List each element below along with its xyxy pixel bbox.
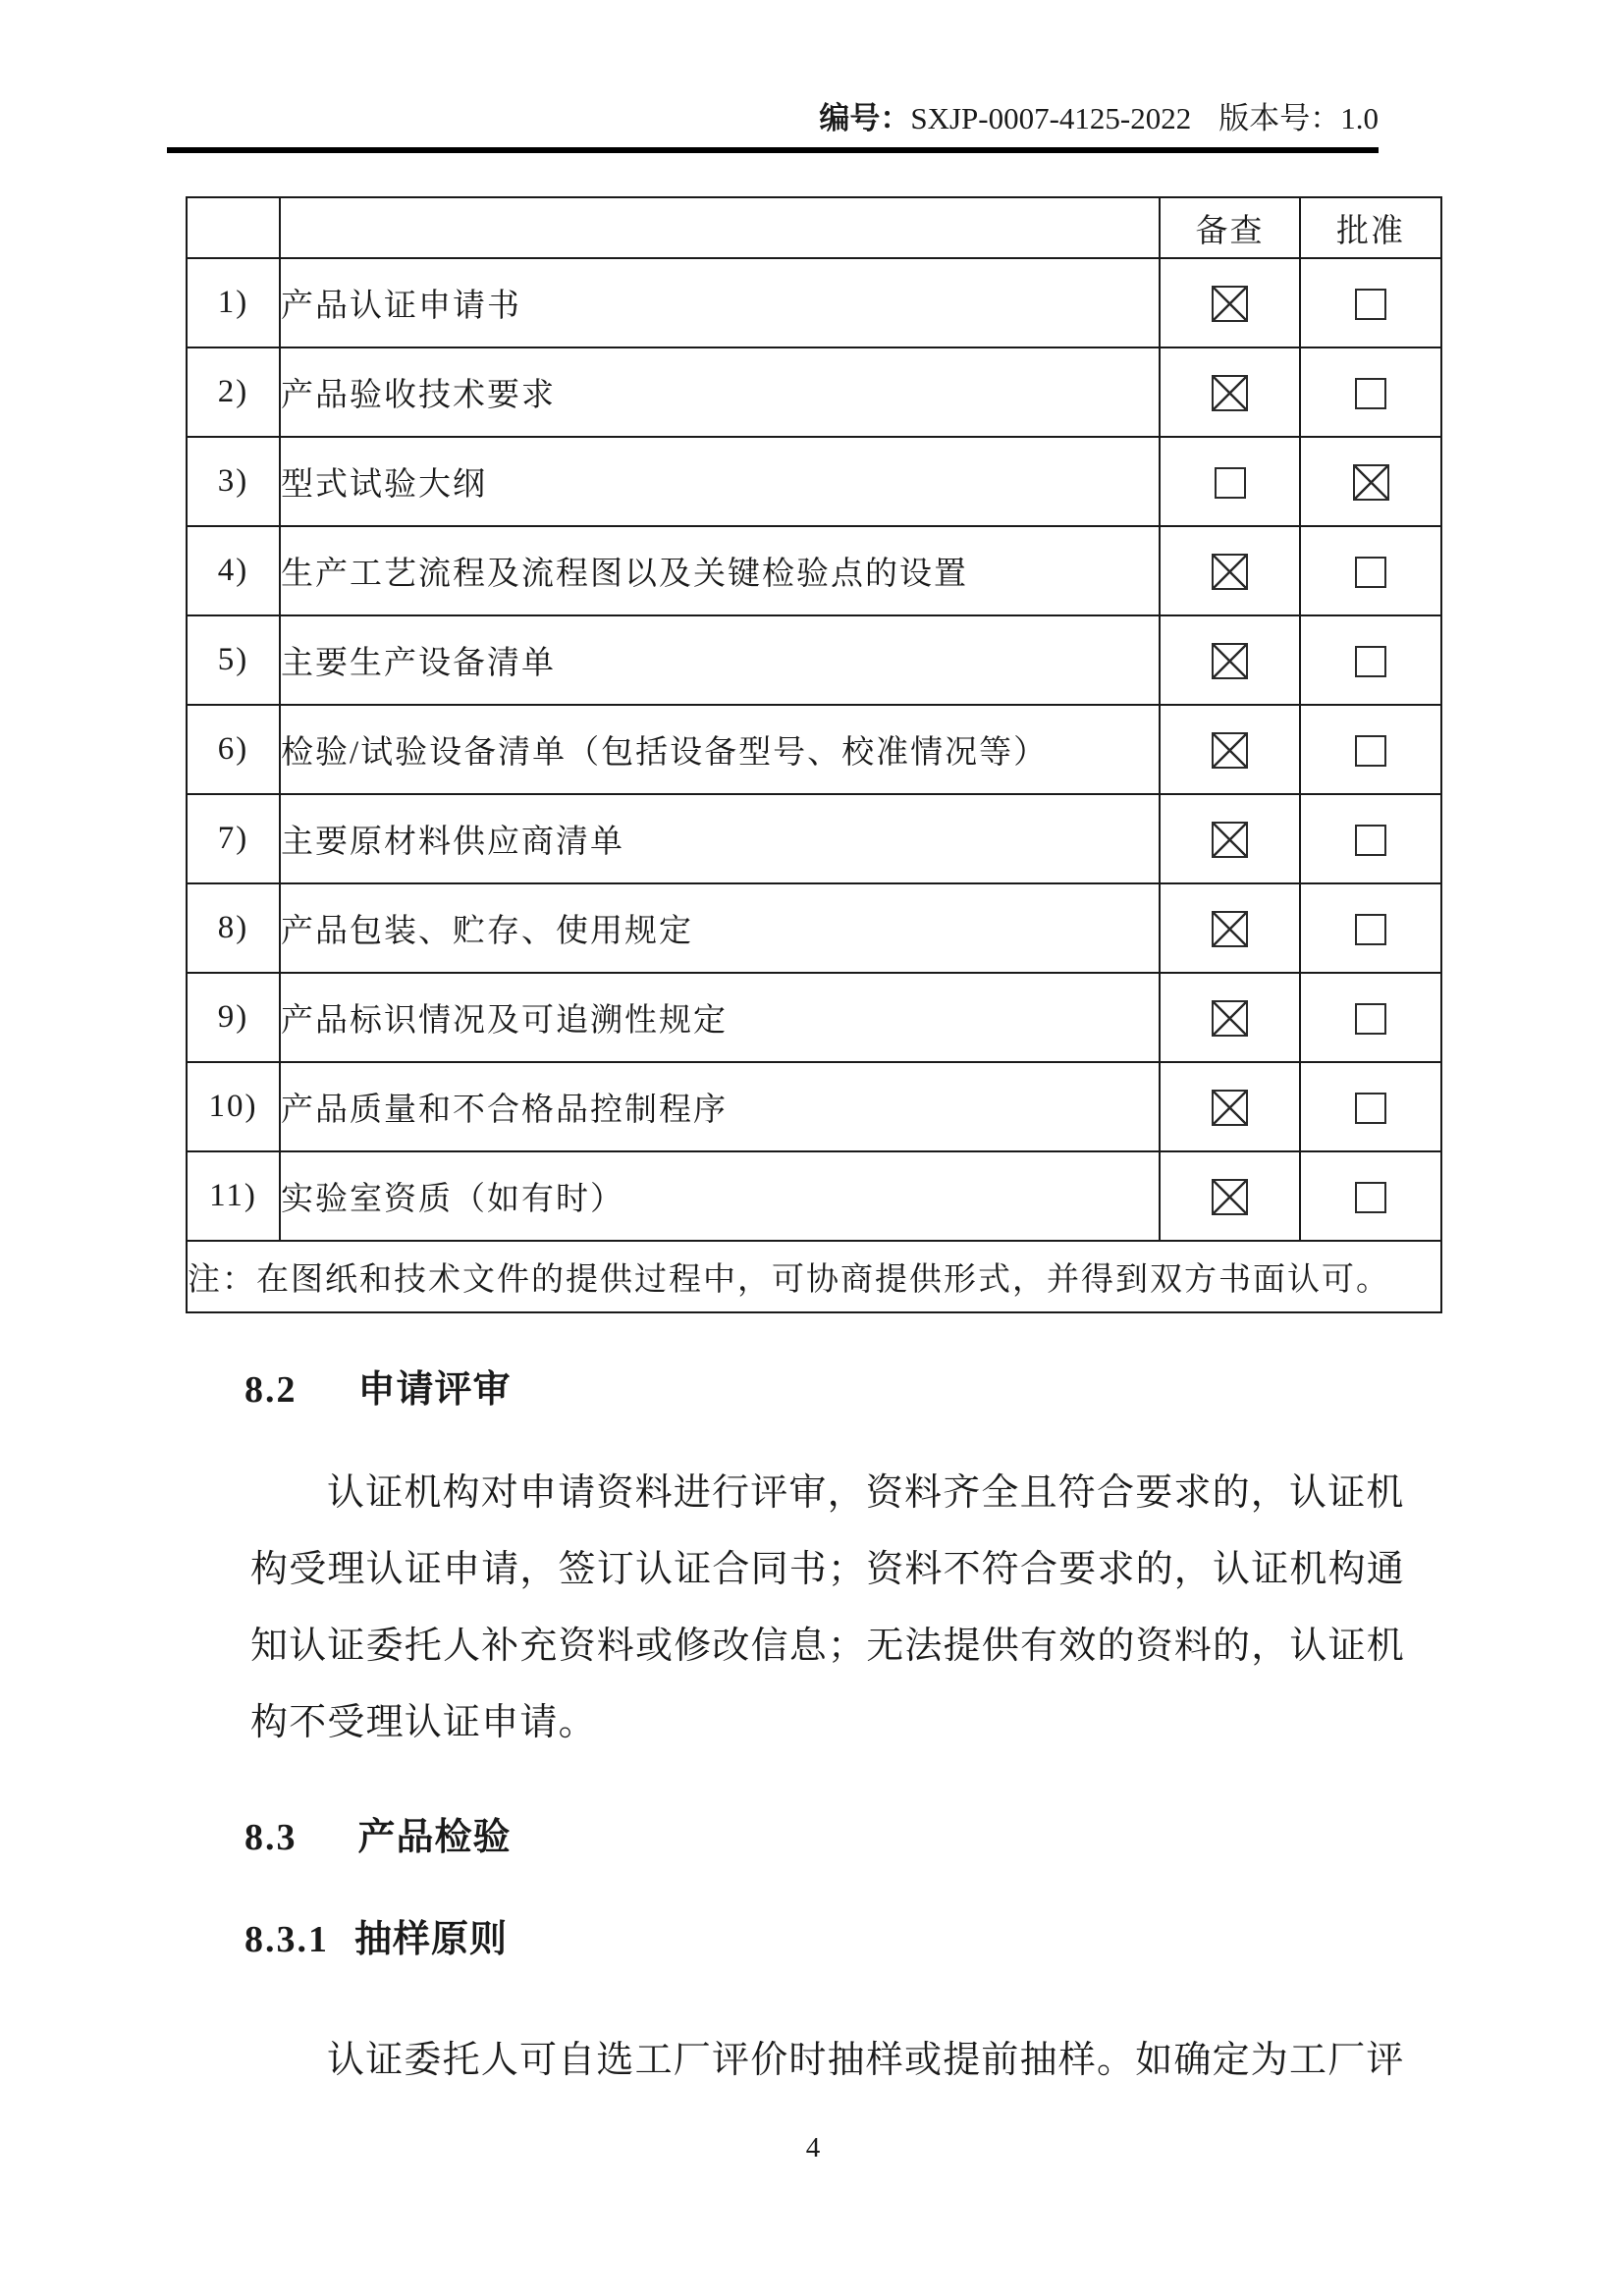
row-number: 4) bbox=[187, 526, 280, 615]
paragraph-8-2: 认证机构对申请资料进行评审，资料齐全且符合要求的，认证机 构受理认证申请，签订认… bbox=[250, 1455, 1409, 1761]
row-number: 11) bbox=[187, 1151, 280, 1241]
pizhun-checkbox bbox=[1353, 464, 1389, 501]
row-description: 生产工艺流程及流程图以及关键检验点的设置 bbox=[280, 526, 1160, 615]
pizhun-checkbox bbox=[1355, 1003, 1386, 1035]
table-row: 11) 实验室资质（如有时） bbox=[187, 1151, 1441, 1241]
beicha-checkbox bbox=[1212, 286, 1248, 322]
row-number: 2) bbox=[187, 347, 280, 437]
section-title: 产品检验 bbox=[358, 1817, 512, 1858]
section-title: 申请评审 bbox=[358, 1369, 512, 1411]
paragraph-8-3-1: 认证委托人可自选工厂评价时抽样或提前抽样。如确定为工厂评 bbox=[250, 2022, 1409, 2099]
doc-header: 编号：SXJP-0007-4125-2022版本号：1.0 bbox=[186, 98, 1379, 139]
section-number: 8.2 bbox=[244, 1364, 298, 1415]
version-label: 版本号： bbox=[1218, 101, 1340, 135]
beicha-checkbox bbox=[1212, 375, 1248, 411]
header-cell-empty-desc bbox=[280, 197, 1160, 258]
table-row: 8) 产品包装、贮存、使用规定 bbox=[187, 883, 1441, 973]
row-description: 主要生产设备清单 bbox=[280, 615, 1160, 705]
row-description: 产品包装、贮存、使用规定 bbox=[280, 883, 1160, 973]
table-header-row: 备查 批准 bbox=[187, 197, 1441, 258]
section-heading-8-3-1: 8.3.1抽样原则 bbox=[244, 1914, 1440, 1965]
pizhun-checkbox bbox=[1355, 378, 1386, 409]
section-number: 8.3 bbox=[244, 1812, 298, 1863]
section-number: 8.3.1 bbox=[244, 1914, 329, 1965]
doc-number-value: SXJP-0007-4125-2022 bbox=[910, 101, 1191, 135]
beicha-checkbox bbox=[1212, 1000, 1248, 1037]
section-heading-8-2: 8.2申请评审 bbox=[244, 1364, 1440, 1415]
paragraph-line: 认证机构对申请资料进行评审，资料齐全且符合要求的，认证机 bbox=[250, 1455, 1409, 1531]
row-description: 产品验收技术要求 bbox=[280, 347, 1160, 437]
beicha-checkbox bbox=[1212, 554, 1248, 590]
header-cell-empty-num bbox=[187, 197, 280, 258]
row-description: 主要原材料供应商清单 bbox=[280, 794, 1160, 883]
table-row: 3) 型式试验大纲 bbox=[187, 437, 1441, 526]
beicha-checkbox bbox=[1212, 822, 1248, 858]
pizhun-checkbox bbox=[1355, 825, 1386, 856]
row-description: 产品标识情况及可追溯性规定 bbox=[280, 973, 1160, 1062]
pizhun-checkbox bbox=[1355, 914, 1386, 945]
pizhun-checkbox bbox=[1355, 289, 1386, 320]
beicha-checkbox bbox=[1212, 1179, 1248, 1215]
row-description: 检验/试验设备清单（包括设备型号、校准情况等） bbox=[280, 705, 1160, 794]
table-row: 10) 产品质量和不合格品控制程序 bbox=[187, 1062, 1441, 1151]
row-description: 产品质量和不合格品控制程序 bbox=[280, 1062, 1160, 1151]
beicha-checkbox bbox=[1212, 643, 1248, 679]
beicha-checkbox bbox=[1212, 732, 1248, 769]
row-number: 5) bbox=[187, 615, 280, 705]
beicha-checkbox bbox=[1212, 1090, 1248, 1126]
row-number: 6) bbox=[187, 705, 280, 794]
table-note-row: 注：在图纸和技术文件的提供过程中，可协商提供形式，并得到双方书面认可。 bbox=[187, 1241, 1441, 1312]
column-header-pizhun: 批准 bbox=[1300, 197, 1441, 258]
pizhun-checkbox bbox=[1355, 1093, 1386, 1124]
row-number: 7) bbox=[187, 794, 280, 883]
paragraph-line: 知认证委托人补充资料或修改信息；无法提供有效的资料的，认证机 bbox=[250, 1608, 1409, 1684]
page-number: 4 bbox=[186, 2132, 1440, 2164]
section-title: 抽样原则 bbox=[354, 1919, 508, 1960]
row-number: 1) bbox=[187, 258, 280, 347]
table-row: 5) 主要生产设备清单 bbox=[187, 615, 1441, 705]
version-value: 1.0 bbox=[1340, 101, 1379, 135]
pizhun-checkbox bbox=[1355, 557, 1386, 588]
document-checklist-table: 备查 批准 1) 产品认证申请书 2) 产品验收技术要求 3) 型式试验大纲 4… bbox=[186, 196, 1442, 1313]
beicha-checkbox bbox=[1215, 467, 1246, 499]
row-description: 实验室资质（如有时） bbox=[280, 1151, 1160, 1241]
table-row: 1) 产品认证申请书 bbox=[187, 258, 1441, 347]
pizhun-checkbox bbox=[1355, 735, 1386, 767]
table-row: 6) 检验/试验设备清单（包括设备型号、校准情况等） bbox=[187, 705, 1441, 794]
row-number: 8) bbox=[187, 883, 280, 973]
column-header-beicha: 备查 bbox=[1160, 197, 1300, 258]
doc-number-label: 编号： bbox=[819, 101, 910, 135]
paragraph-line: 构不受理认证申请。 bbox=[250, 1684, 1409, 1761]
beicha-checkbox bbox=[1212, 911, 1248, 947]
paragraph-line: 构受理认证申请，签订认证合同书；资料不符合要求的，认证机构通 bbox=[250, 1531, 1409, 1608]
document-page: 编号：SXJP-0007-4125-2022版本号：1.0 备查 批准 1) 产… bbox=[0, 0, 1624, 2296]
row-number: 9) bbox=[187, 973, 280, 1062]
table-note: 注：在图纸和技术文件的提供过程中，可协商提供形式，并得到双方书面认可。 bbox=[187, 1241, 1441, 1312]
paragraph-line: 认证委托人可自选工厂评价时抽样或提前抽样。如确定为工厂评 bbox=[250, 2022, 1409, 2099]
row-number: 3) bbox=[187, 437, 280, 526]
table-row: 2) 产品验收技术要求 bbox=[187, 347, 1441, 437]
row-description: 型式试验大纲 bbox=[280, 437, 1160, 526]
header-rule bbox=[167, 147, 1379, 153]
row-number: 10) bbox=[187, 1062, 280, 1151]
section-heading-8-3: 8.3产品检验 bbox=[244, 1812, 1440, 1863]
table-row: 7) 主要原材料供应商清单 bbox=[187, 794, 1441, 883]
pizhun-checkbox bbox=[1355, 1182, 1386, 1213]
table-row: 9) 产品标识情况及可追溯性规定 bbox=[187, 973, 1441, 1062]
pizhun-checkbox bbox=[1355, 646, 1386, 677]
row-description: 产品认证申请书 bbox=[280, 258, 1160, 347]
table-row: 4) 生产工艺流程及流程图以及关键检验点的设置 bbox=[187, 526, 1441, 615]
